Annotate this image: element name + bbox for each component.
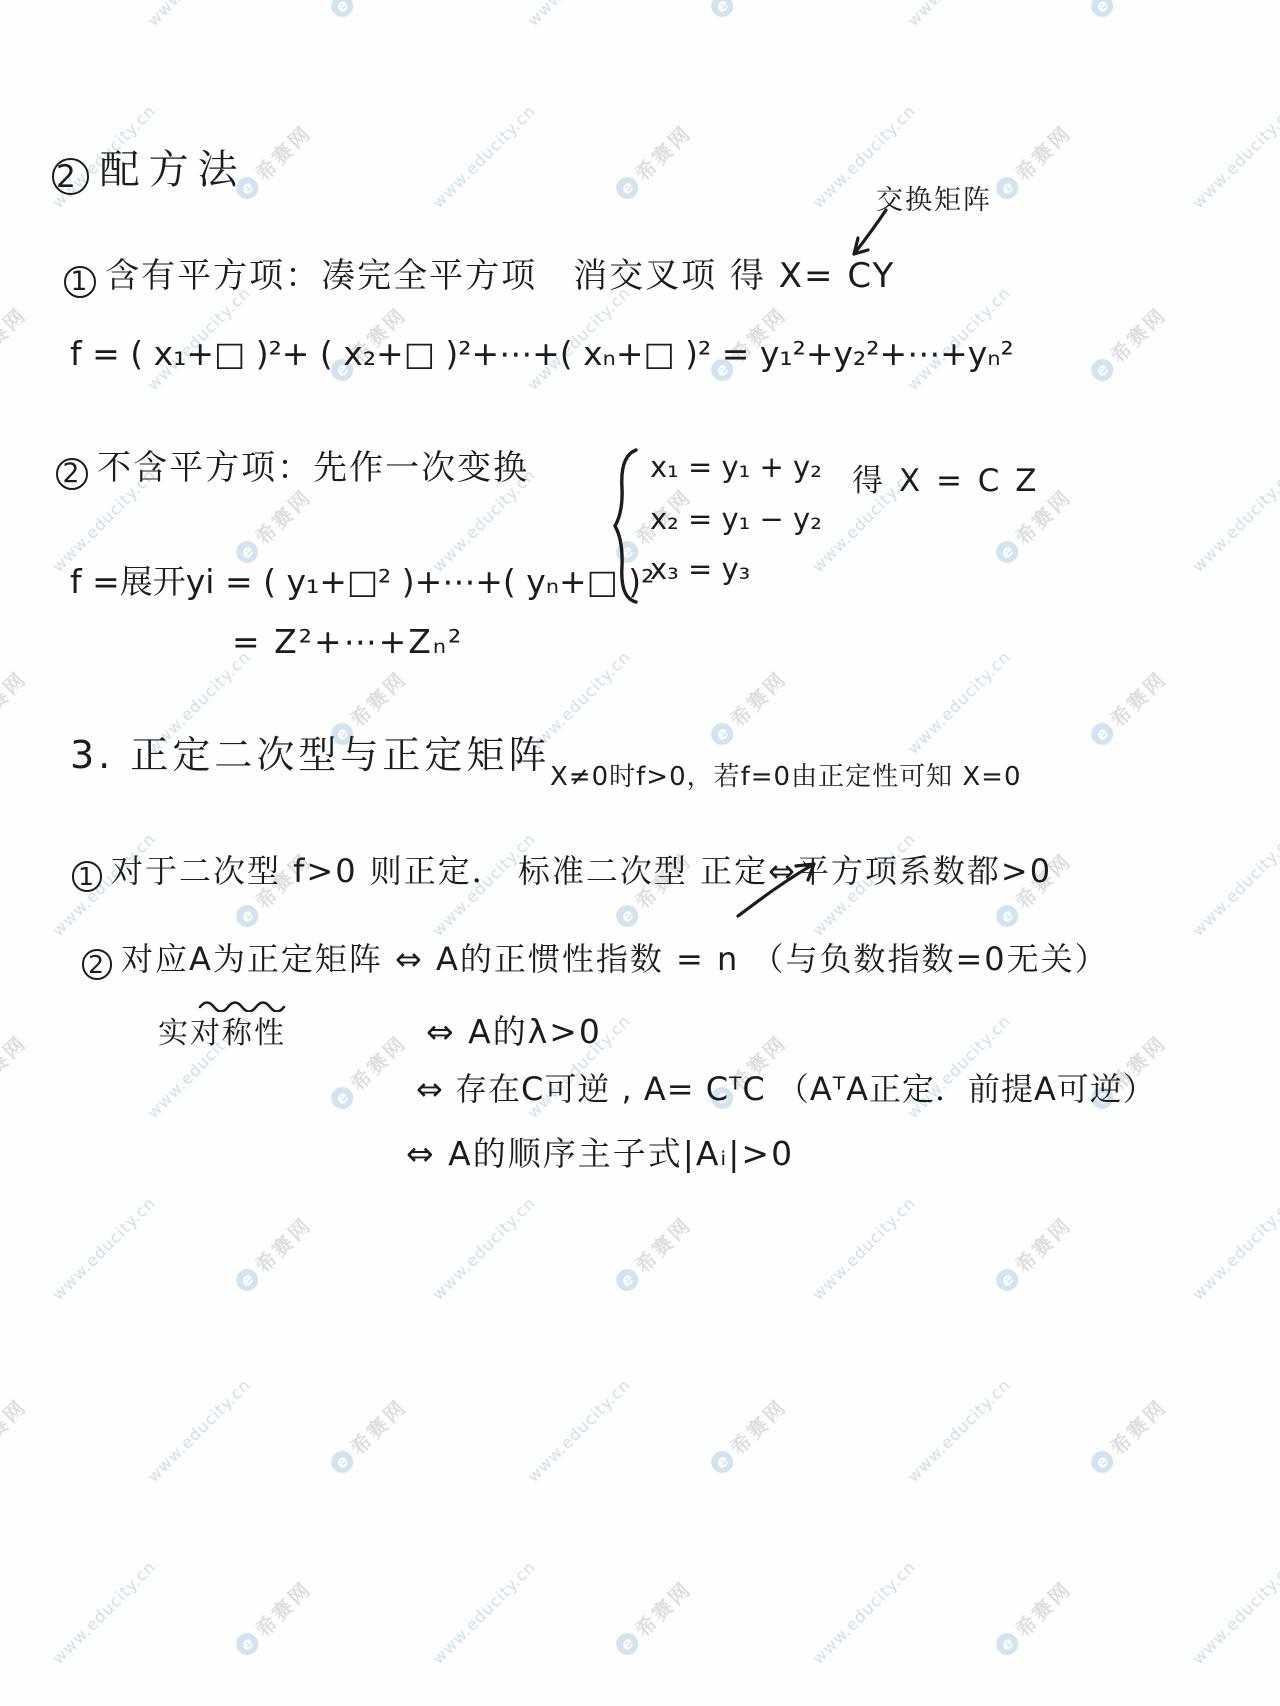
watermark-url: www.educity.cn bbox=[523, 1375, 634, 1486]
educity-logo-icon: e bbox=[231, 900, 262, 931]
circled-number-2: 2 bbox=[52, 158, 89, 195]
watermark-brand-text: 希赛网 bbox=[248, 1573, 317, 1642]
watermark-brand-text: 希赛网 bbox=[1103, 1391, 1172, 1460]
watermark-brand-text: 希赛网 bbox=[723, 0, 792, 5]
watermark-brand: e希赛网 bbox=[0, 1027, 32, 1115]
watermark-url: www.educity.cn bbox=[903, 0, 1014, 30]
item-pd-quadratic-form: 1对于二次型 f>0 则正定． 标准二次型 正定⇔平方项系数都>0 bbox=[72, 846, 1052, 892]
watermark-brand: e希赛网 bbox=[1084, 0, 1172, 24]
watermark-brand-text: 希赛网 bbox=[1008, 1573, 1077, 1642]
watermark-brand-text: 希赛网 bbox=[628, 1573, 697, 1642]
educity-logo-icon: e bbox=[991, 900, 1022, 931]
annotation-real-symmetric: 实对称性 bbox=[158, 1008, 286, 1052]
section-title: 2配方法 bbox=[52, 138, 247, 195]
watermark-url: www.educity.cn bbox=[143, 1375, 254, 1486]
watermark-brand-text: 希赛网 bbox=[0, 1391, 32, 1460]
watermark-brand: e希赛网 bbox=[324, 0, 412, 24]
watermark-url: www.educity.cn bbox=[903, 647, 1014, 758]
watermark-brand: e希赛网 bbox=[1084, 299, 1172, 387]
watermark-brand: e希赛网 bbox=[0, 0, 32, 24]
watermark-brand: e希赛网 bbox=[989, 1573, 1077, 1661]
watermark-url: www.educity.cn bbox=[48, 1193, 159, 1304]
watermark-brand-text: 希赛网 bbox=[628, 1209, 697, 1278]
watermark-brand-text: 希赛网 bbox=[0, 0, 32, 5]
educity-logo-icon: e bbox=[1086, 0, 1117, 21]
watermark-url: www.educity.cn bbox=[428, 1193, 539, 1304]
heading-positive-definite: 3. 正定二次型与正定矩阵 bbox=[70, 724, 550, 779]
watermark-brand-text: 希赛网 bbox=[628, 117, 697, 186]
watermark-brand: e希赛网 bbox=[609, 117, 697, 205]
educity-logo-icon: e bbox=[326, 1446, 357, 1477]
watermark-brand: e希赛网 bbox=[989, 1209, 1077, 1297]
watermark-url: www.educity.cn bbox=[48, 1557, 159, 1668]
educity-logo-icon: e bbox=[1086, 1446, 1117, 1477]
watermark-brand-text: 希赛网 bbox=[1008, 1209, 1077, 1278]
watermark-brand: e希赛网 bbox=[0, 299, 32, 387]
educity-logo-icon: e bbox=[611, 172, 642, 203]
watermark-brand-text: 希赛网 bbox=[723, 663, 792, 732]
watermark-url: www.educity.cn bbox=[428, 1557, 539, 1668]
educity-logo-icon: e bbox=[706, 718, 737, 749]
circled-number-2: 2 bbox=[56, 458, 88, 490]
watermark-brand: e希赛网 bbox=[229, 1209, 317, 1297]
educity-logo-icon: e bbox=[991, 172, 1022, 203]
watermark-brand: e希赛网 bbox=[609, 1573, 697, 1661]
notes-page: e希赛网www.educity.cne希赛网www.educity.cne希赛网… bbox=[0, 0, 1280, 1706]
watermark-url: www.educity.cn bbox=[143, 0, 254, 30]
educity-logo-icon: e bbox=[1086, 718, 1117, 749]
watermark-brand-text: 希赛网 bbox=[0, 299, 32, 368]
watermark-url: www.educity.cn bbox=[808, 1193, 919, 1304]
item-pd-matrix-equivalence: 2对应A为正定矩阵 ⇔ A的正惯性指数 = n （与负数指数=0无关） bbox=[82, 934, 1109, 980]
educity-logo-icon: e bbox=[991, 1264, 1022, 1295]
watermark-brand: e希赛网 bbox=[0, 1391, 32, 1479]
watermark-url: www.educity.cn bbox=[808, 1557, 919, 1668]
watermark-brand-text: 希赛网 bbox=[248, 117, 317, 186]
watermark-brand: e希赛网 bbox=[704, 663, 792, 751]
watermark-brand: e希赛网 bbox=[229, 1573, 317, 1661]
watermark-brand-text: 希赛网 bbox=[1008, 117, 1077, 186]
watermark-brand-text: 希赛网 bbox=[343, 0, 412, 5]
watermark-brand: e希赛网 bbox=[324, 1027, 412, 1115]
formula-complete-square: f = ( x₁+□ )²+ ( x₂+□ )²+⋯+( xₙ+□ )² = y… bbox=[70, 334, 1014, 373]
watermark-brand-text: 希赛网 bbox=[1103, 663, 1172, 732]
watermark-brand-text: 希赛网 bbox=[723, 1391, 792, 1460]
watermark-brand-text: 希赛网 bbox=[1103, 299, 1172, 368]
circled-number-2: 2 bbox=[82, 949, 112, 979]
equivalence-ctc: ⇔ 存在C可逆 , A= CᵀC （AᵀA正定．前提A可逆） bbox=[416, 1064, 1156, 1110]
annotation-positive-definite-condition: X≠0时f>0，若f=0由正定性可知 X=0 bbox=[550, 756, 1022, 793]
item3-1-text: 对于二次型 f>0 则正定． 标准二次型 正定⇔平方项系数都>0 bbox=[111, 852, 1052, 890]
watermark-brand-text: 希赛网 bbox=[1103, 0, 1172, 5]
formula-z-squares: = Z²+⋯+Zₙ² bbox=[232, 622, 463, 661]
educity-logo-icon: e bbox=[611, 900, 642, 931]
item1-text: 含有平方项：凑完全平方项 消交叉项 得 X= CY bbox=[105, 256, 895, 296]
watermark-brand: e希赛网 bbox=[324, 1391, 412, 1479]
formula-expand-yi: f =展开yi = ( y₁+□² )+⋯+( yₙ+□ )² bbox=[70, 556, 654, 603]
watermark-url: www.educity.cn bbox=[1188, 1193, 1280, 1304]
equivalence-eigenvalues: ⇔ A的λ>0 bbox=[426, 1006, 602, 1053]
watermark-brand: e希赛网 bbox=[1084, 663, 1172, 751]
watermark-url: www.educity.cn bbox=[1188, 1557, 1280, 1668]
educity-logo-icon: e bbox=[991, 1628, 1022, 1659]
watermark-brand: e希赛网 bbox=[704, 1391, 792, 1479]
watermark-brand: e希赛网 bbox=[704, 0, 792, 24]
watermark-url: www.educity.cn bbox=[523, 0, 634, 30]
system-result: 得 X = C Z bbox=[852, 455, 1040, 500]
watermark-brand: e希赛网 bbox=[989, 117, 1077, 205]
watermark-url: www.educity.cn bbox=[1188, 465, 1280, 576]
watermark-brand-text: 希赛网 bbox=[248, 481, 317, 550]
watermark-brand-text: 希赛网 bbox=[0, 1027, 32, 1096]
item3-2-text: 对应A为正定矩阵 ⇔ A的正惯性指数 = n （与负数指数=0无关） bbox=[121, 940, 1109, 978]
educity-logo-icon: e bbox=[611, 1264, 642, 1295]
item2-text: 不含平方项：先作一次变换 bbox=[97, 448, 529, 488]
section-title-text: 配方法 bbox=[100, 147, 247, 193]
educity-logo-icon: e bbox=[326, 0, 357, 21]
educity-logo-icon: e bbox=[991, 536, 1022, 567]
watermark-brand-text: 希赛网 bbox=[343, 1027, 412, 1096]
educity-logo-icon: e bbox=[706, 0, 737, 21]
watermark-url: www.educity.cn bbox=[903, 1375, 1014, 1486]
watermark-brand: e希赛网 bbox=[609, 1209, 697, 1297]
system-equation: x₃ = y₃ bbox=[650, 552, 750, 586]
educity-logo-icon: e bbox=[1086, 354, 1117, 385]
watermark-brand: e希赛网 bbox=[1084, 1391, 1172, 1479]
watermark-url: www.educity.cn bbox=[1188, 829, 1280, 940]
circled-number-1: 1 bbox=[64, 266, 96, 298]
system-equation: x₂ = y₁ − y₂ bbox=[650, 502, 822, 536]
educity-logo-icon: e bbox=[611, 1628, 642, 1659]
watermark-brand-text: 希赛网 bbox=[343, 1391, 412, 1460]
watermark-brand-text: 希赛网 bbox=[248, 1209, 317, 1278]
watermark-brand-text: 希赛网 bbox=[0, 663, 32, 732]
system-equation: x₁ = y₁ + y₂ bbox=[650, 450, 822, 484]
watermark-url: www.educity.cn bbox=[428, 101, 539, 212]
watermark-url: www.educity.cn bbox=[1188, 101, 1280, 212]
circled-number-1: 1 bbox=[72, 861, 102, 891]
item-contains-square-terms: 1含有平方项：凑完全平方项 消交叉项 得 X= CY bbox=[64, 248, 895, 298]
educity-logo-icon: e bbox=[231, 1628, 262, 1659]
educity-logo-icon: e bbox=[706, 1446, 737, 1477]
item-no-square-terms: 2不含平方项：先作一次变换 bbox=[56, 440, 529, 490]
educity-logo-icon: e bbox=[326, 1082, 357, 1113]
educity-logo-icon: e bbox=[231, 1264, 262, 1295]
equivalence-leading-minors: ⇔ A的顺序主子式|Aᵢ|>0 bbox=[406, 1128, 794, 1175]
watermark-brand-text: 希赛网 bbox=[343, 663, 412, 732]
watermark-brand: e希赛网 bbox=[0, 663, 32, 751]
